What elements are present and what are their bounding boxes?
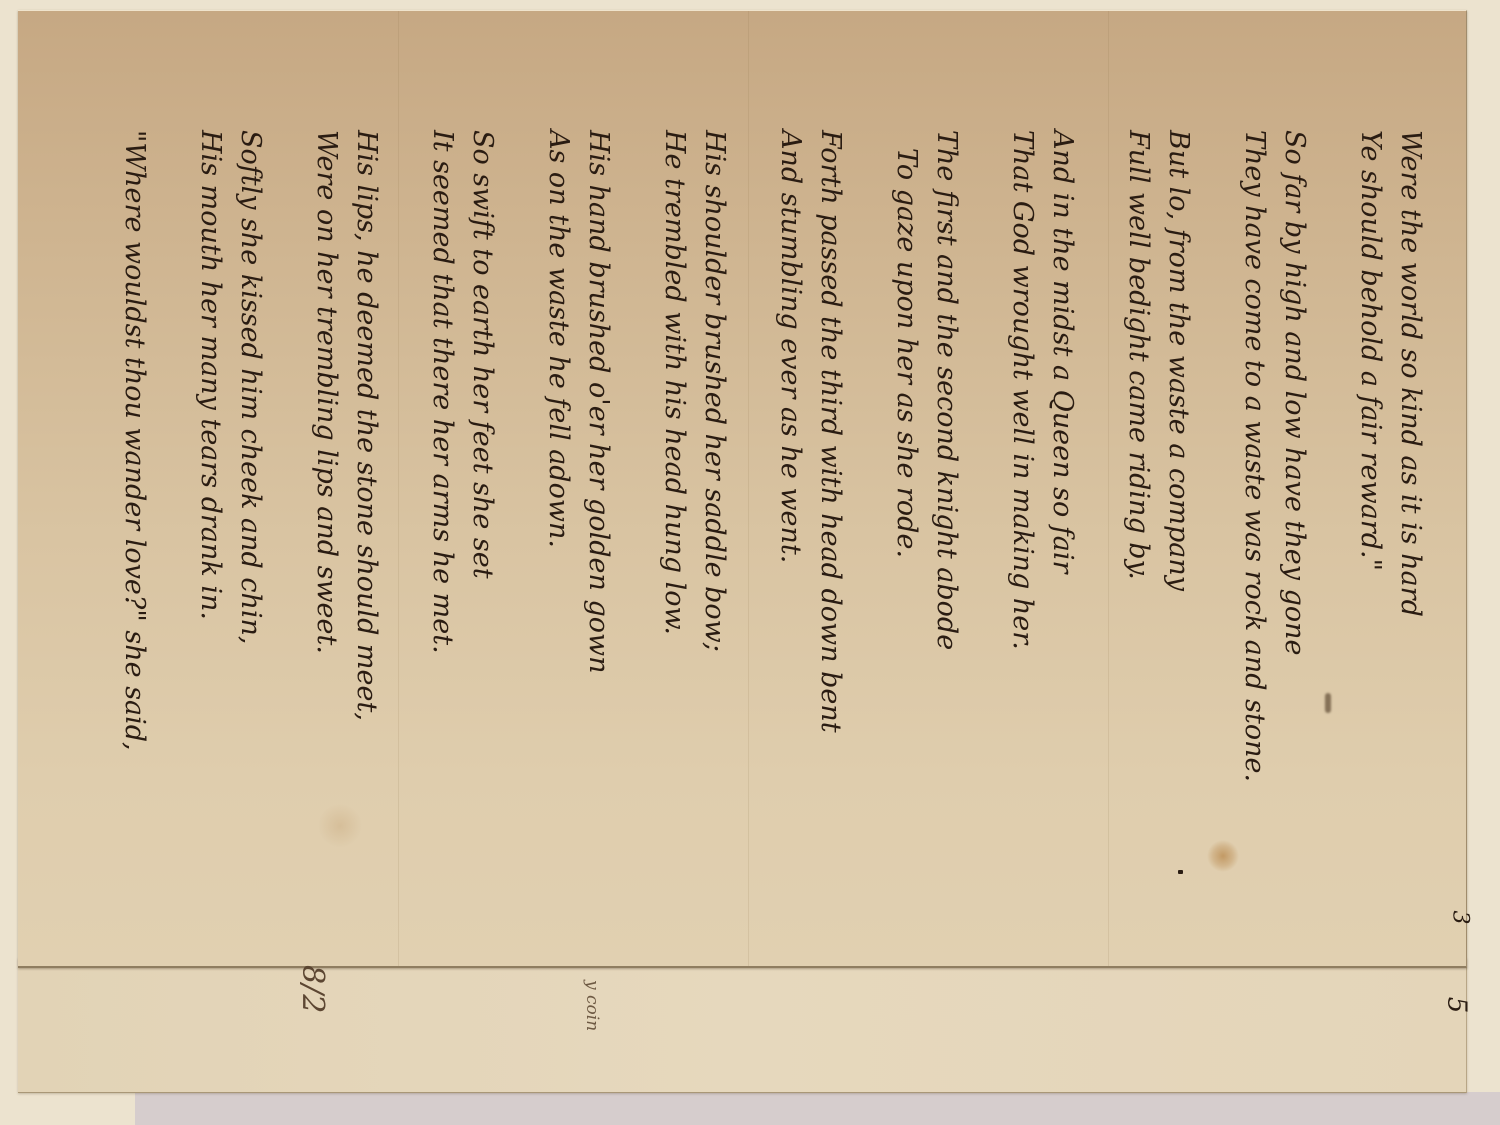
stanza: "Where wouldst thou wander love?" she sa…	[115, 130, 155, 890]
poem-line: His shoulder brushed her saddle bow;	[695, 130, 735, 890]
stanza: Were the world so kind as it is hard Ye …	[1351, 130, 1430, 890]
poem-text: Were the world so kind as it is hard Ye …	[78, 130, 1431, 890]
stanza: The first and the second knight abode To…	[887, 130, 966, 890]
poem-line: It seemed that there her arms he met.	[423, 130, 463, 890]
poem-line: They have come to a waste was rock and s…	[1235, 130, 1275, 890]
underlying-sheet	[18, 958, 1467, 1093]
stanza: So swift to earth her feet she set It se…	[423, 130, 502, 890]
sheet-annotation: y coin	[582, 980, 602, 1031]
poem-line: Were on her trembling lips and sweet.	[307, 130, 347, 890]
stanza: His shoulder brushed her saddle bow; He …	[655, 130, 734, 890]
stanza: Forth passed the third with head down be…	[771, 130, 850, 890]
stanza: Softly she kissed him cheek and chin, Hi…	[191, 130, 270, 890]
poem-line: "Where wouldst thou wander love?" she sa…	[115, 130, 155, 890]
poem-line: He trembled with his head hung low.	[655, 130, 695, 890]
poem-line: That God wrought well in making her.	[1003, 130, 1043, 890]
poem-line: Forth passed the third with head down be…	[811, 130, 851, 890]
poem-line: And stumbling ever as he went.	[771, 130, 811, 890]
page-number: 5	[1441, 997, 1471, 1014]
poem-line: Full well bedight came riding by.	[1119, 130, 1159, 890]
poem-line: The first and the second knight abode	[927, 130, 967, 890]
poem-line: Ye should behold a fair reward."	[1351, 130, 1391, 890]
stanza: And in the midst a Queen so fair That Go…	[1003, 130, 1082, 890]
poem-line: And in the midst a Queen so fair	[1043, 130, 1083, 890]
poem-line: His hand brushed o'er her golden gown	[579, 130, 619, 890]
poem-line: But lo, from the waste a company	[1159, 130, 1199, 890]
poem-line: His mouth her many tears drank in.	[191, 130, 231, 890]
poem-line: His lips, he deemed the stone should mee…	[347, 130, 387, 890]
poem-line: So swift to earth her feet she set	[463, 130, 503, 890]
stanza: His hand brushed o'er her golden gown As…	[539, 130, 618, 890]
sheet-annotation: 8/2	[295, 965, 330, 1013]
poem-line: So far by high and low have they gone	[1275, 130, 1315, 890]
poem-line: Softly she kissed him cheek and chin,	[231, 130, 271, 890]
poem-line: As on the waste he fell adown.	[539, 130, 579, 890]
scanner-backdrop-strip	[135, 1092, 1500, 1125]
stanza: But lo, from the waste a company Full we…	[1119, 130, 1198, 890]
poem-line: Were the world so kind as it is hard	[1391, 130, 1431, 890]
poem-line: To gaze upon her as she rode.	[887, 130, 927, 890]
stanza: His lips, he deemed the stone should mee…	[307, 130, 386, 890]
stanza: So far by high and low have they gone Th…	[1235, 130, 1314, 890]
page-number: 3	[1448, 911, 1473, 925]
